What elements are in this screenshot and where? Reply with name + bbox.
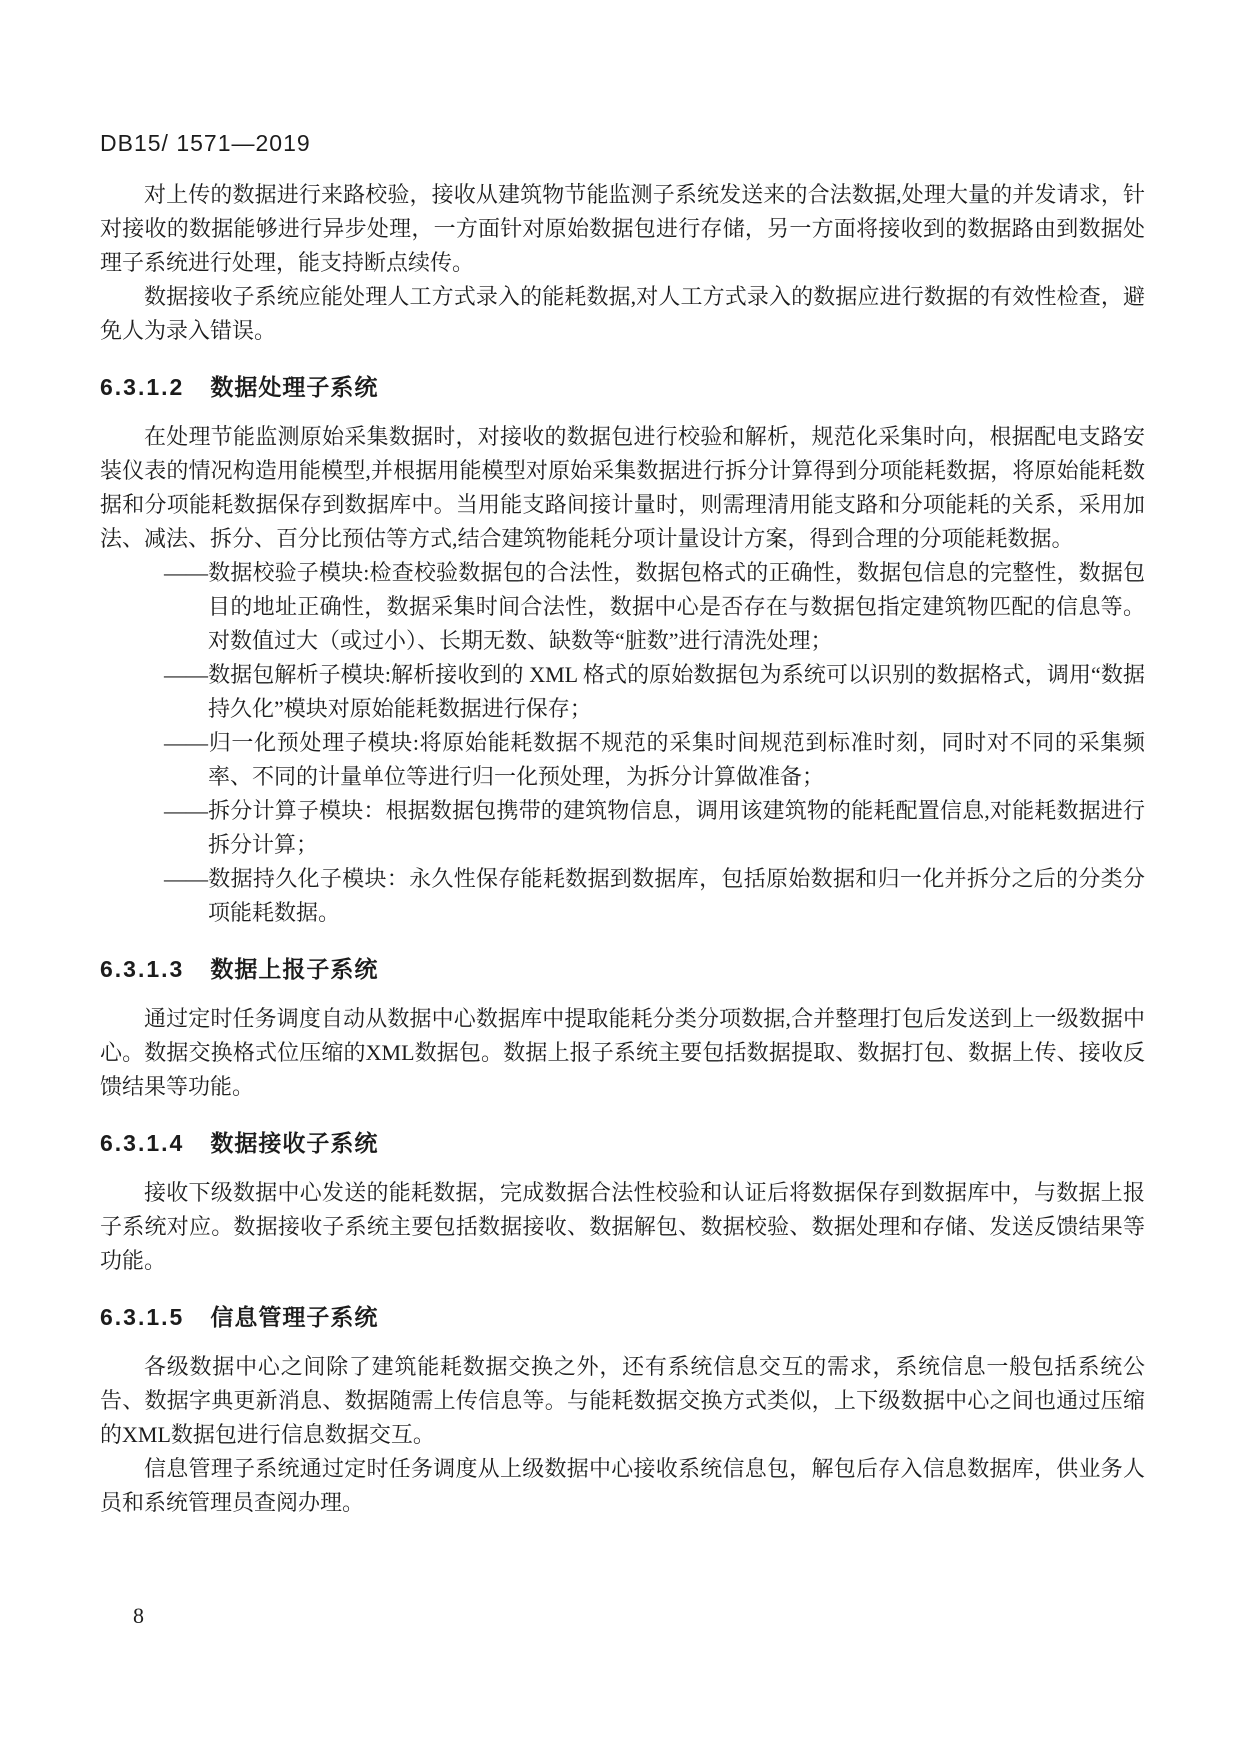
section-title: 数据上报子系统 <box>210 956 378 982</box>
page-number: 8 <box>133 1603 144 1629</box>
section-paragraph: 信息管理子系统通过定时任务调度从上级数据中心接收系统信息包，解包后存入信息数据库… <box>100 1452 1145 1520</box>
section-title: 信息管理子系统 <box>210 1304 378 1330</box>
list-item: ——数据校验子模块:检查校验数据包的合法性，数据包格式的正确性，数据包信息的完整… <box>100 556 1145 658</box>
doc-number: DB15/ 1571—2019 <box>100 130 1145 160</box>
intro-paragraph: 对上传的数据进行来路校验，接收从建筑物节能监测子系统发送来的合法数据,处理大量的… <box>100 178 1145 280</box>
list-item: ——归一化预处理子模块:将原始能耗数据不规范的采集时间规范到标准时刻，同时对不同… <box>100 726 1145 794</box>
section-paragraph: 通过定时任务调度自动从数据中心数据库中提取能耗分类分项数据,合并整理打包后发送到… <box>100 1002 1145 1104</box>
list-item: ——数据包解析子模块:解析接收到的 XML 格式的原始数据包为系统可以识别的数据… <box>100 658 1145 726</box>
section-number: 6.3.1.2 <box>100 374 184 400</box>
section-paragraph: 在处理节能监测原始采集数据时，对接收的数据包进行校验和解析，规范化采集时向，根据… <box>100 420 1145 556</box>
section-paragraph: 接收下级数据中心发送的能耗数据，完成数据合法性校验和认证后将数据保存到数据库中，… <box>100 1176 1145 1278</box>
list-item: ——数据持久化子模块：永久性保存能耗数据到数据库，包括原始数据和归一化并拆分之后… <box>100 862 1145 930</box>
submodule-list: ——数据校验子模块:检查校验数据包的合法性，数据包格式的正确性，数据包信息的完整… <box>100 556 1145 930</box>
list-item: ——拆分计算子模块：根据数据包携带的建筑物信息，调用该建筑物的能耗配置信息,对能… <box>100 794 1145 862</box>
section-number: 6.3.1.3 <box>100 956 184 982</box>
section-paragraph: 各级数据中心之间除了建筑能耗数据交换之外，还有系统信息交互的需求，系统信息一般包… <box>100 1350 1145 1452</box>
section-title: 数据处理子系统 <box>210 374 378 400</box>
section-title: 数据接收子系统 <box>210 1130 378 1156</box>
section-number: 6.3.1.4 <box>100 1130 184 1156</box>
section-number: 6.3.1.5 <box>100 1304 184 1330</box>
page-content: DB15/ 1571—2019 对上传的数据进行来路校验，接收从建筑物节能监测子… <box>100 130 1145 1520</box>
intro-paragraph: 数据接收子系统应能处理人工方式录入的能耗数据,对人工方式录入的数据应进行数据的有… <box>100 280 1145 348</box>
document-page: DB15/ 1571—2019 对上传的数据进行来路校验，接收从建筑物节能监测子… <box>0 0 1241 1754</box>
section-heading-6315: 6.3.1.5信息管理子系统 <box>100 1302 1145 1332</box>
section-heading-6313: 6.3.1.3数据上报子系统 <box>100 954 1145 984</box>
section-heading-6314: 6.3.1.4数据接收子系统 <box>100 1128 1145 1158</box>
section-heading-6312: 6.3.1.2数据处理子系统 <box>100 372 1145 402</box>
